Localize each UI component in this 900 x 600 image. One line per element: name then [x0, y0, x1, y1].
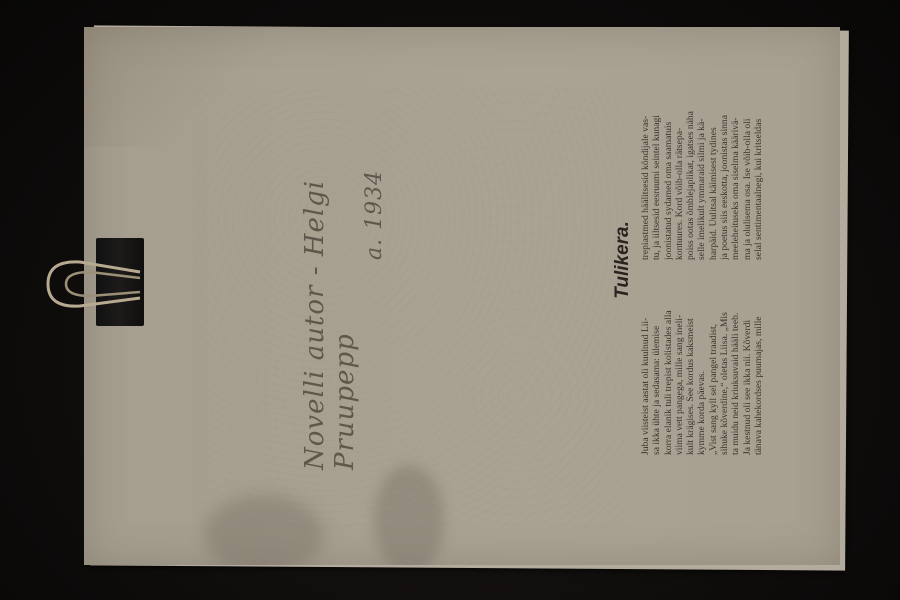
text-line: kymme korda päevas.	[696, 265, 707, 455]
handwritten-note-year: a. 1934	[362, 90, 387, 260]
text-column-left: Juba viisteist aastat oli kuulnud Lii- s…	[640, 265, 764, 455]
text-line: ta muidu neid kriuksuvaid hääli teeb.	[730, 265, 741, 455]
text-line: kontuures. Kord võib-olla rätsepa-	[674, 70, 685, 260]
text-line: meeleheituseks oma siselma käärivä-	[730, 70, 741, 260]
finger-shadow	[374, 465, 444, 565]
binder-clip-handle-icon	[40, 254, 160, 314]
text-line: Juba viisteist aastat oli kuulnud Lii-	[640, 265, 651, 455]
handwritten-note-author: Novelli autor - Helgi Pruupepp	[300, 180, 360, 470]
text-line: poiss ootas õmblejaplikat, igatses näha	[685, 70, 696, 260]
text-line: kult krägises. See kordus kaksmeist	[685, 265, 696, 455]
finger-shadow	[204, 495, 324, 565]
text-line: trepiastmed häälitsesid kõndijale vas-	[640, 70, 651, 260]
text-line: ja poetus siis eeskotta, joonistas sinna	[719, 70, 730, 260]
handwritten-note: Novelli autor - Helgi Pruupepp a. 1934	[300, 90, 387, 470]
text-column-right: trepiastmed häälitsesid kõndijale vas- t…	[640, 70, 764, 260]
text-line: ma ja olulisema osa. Ise võib-olla oli	[742, 70, 753, 260]
text-line: joonistatud sydamed oma saamatuis	[663, 70, 674, 260]
text-line: Ja kestnud oli see ikka nii. Kõverdi	[742, 265, 753, 455]
document-title: Tulikera.	[612, 190, 634, 330]
text-line: harpäid. Uulitsal käimisest tydines	[708, 70, 719, 260]
faded-illustration	[194, 87, 624, 527]
text-line: tänava kahekordses puumajas, mille	[753, 265, 764, 455]
text-line: selal sentimentaalnegi, kui kritseldas	[753, 70, 764, 260]
text-line: sa ikka ühte ja sedasama: ülemise	[651, 265, 662, 455]
text-line: selle imelikult ymmaraid silmi ja kä-	[696, 70, 707, 260]
text-line: korra elanik tuli trepist kolistades all…	[663, 265, 674, 455]
text-line: tu, ja iiltsesid eesruumi seintel kunagi	[651, 70, 662, 260]
text-line: sihuke kõverdine,“ oletas Liisa. „Mis	[719, 265, 730, 455]
text-line: „Vist sang kyll sel pangel traadist,	[708, 265, 719, 455]
text-line: viima vett pangega, mille sang ineli-	[674, 265, 685, 455]
